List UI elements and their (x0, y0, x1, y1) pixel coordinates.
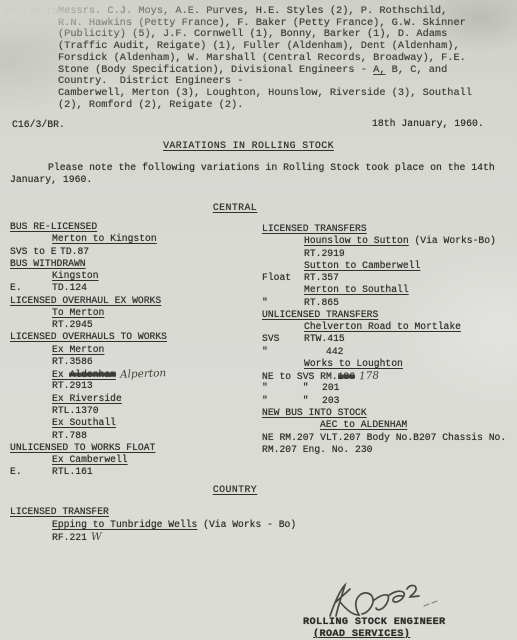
fleet-number: TD.124 (52, 282, 87, 293)
stock-entry-row: RM.207 Eng. No. 230 (262, 444, 517, 456)
fleet-number: RT.357 (304, 272, 339, 283)
heading-text: Works to Loughton (304, 358, 403, 369)
category-heading-row: UNLICENSED TRANSFERS (262, 309, 517, 321)
crossed-out-text: 186 (338, 371, 355, 382)
central-right-column: LICENSED TRANSFERSHounslow to Sutton (Vi… (262, 223, 517, 456)
heading-text: Ex Southall (52, 417, 116, 428)
entry-text: Ex AldenhamAlperton (52, 368, 166, 380)
fleet-number: RM.207 Eng. No. 230 (262, 444, 372, 455)
central-left-column: BUS RE-LICENSEDMerton to KingstonSVS to … (10, 221, 260, 479)
stock-entry-row: RT.2913 (10, 380, 260, 392)
intro-paragraph-line: January, 1960. (10, 174, 92, 185)
distribution-line: Camberwell, Merton (3), Loughton, Hounsl… (58, 88, 510, 100)
heading-text: UNLICENSED TO WORKS FLOAT (10, 442, 155, 453)
entry-text: 201 (322, 382, 339, 393)
entry-text: Epping to Tunbridge Wells (Via Works - B… (52, 519, 296, 530)
stamp-subtitle: (ROAD SERVICES) (313, 628, 410, 640)
entry-text: RTL.1370 (52, 405, 99, 416)
entry-text: Ex Merton (52, 344, 104, 355)
entry-text: Merton to Kingston (52, 233, 157, 244)
heading-text: LICENSED OVERHAUL EX WORKS (10, 295, 161, 306)
reference-number: C16/3/BR. (12, 119, 65, 130)
stock-entry-row: RT.2919 (262, 248, 517, 260)
entry-prefix: " " (262, 382, 309, 393)
entry-text: BUS RE-LICENSED (10, 221, 97, 232)
entry-text: RT.3586 (52, 356, 93, 367)
route-heading-row: Ex AldenhamAlperton (10, 368, 260, 380)
heading-text: NEW BUS INTO STOCK (262, 407, 367, 418)
route-heading-row: Works to Loughton (262, 358, 517, 370)
fleet-number: RTW.415 (304, 333, 345, 344)
heading-text: BUS WITHDRAWN (10, 258, 86, 269)
document-date: 18th January, 1960. (372, 118, 484, 129)
entry-text: To Merton (52, 307, 104, 318)
entry-text: RT.2919 (304, 248, 345, 259)
stock-entry-row: E.RTL.161 (10, 466, 260, 478)
fleet-number: 442 (326, 346, 343, 357)
stock-entry-row: RT.788 (10, 430, 260, 442)
distribution-line: (2), Romford (2), Reigate (2). (58, 100, 510, 112)
entry-text: LICENSED TRANSFERS (262, 223, 367, 234)
heading-text: Epping to Tunbridge Wells (52, 519, 197, 530)
heading-text: Ex Merton (52, 344, 104, 355)
entry-text: UNLICENSED TO WORKS FLOAT (10, 442, 155, 453)
route-heading-row: Kingston (10, 270, 260, 282)
fleet-number: RT.788 (52, 430, 87, 441)
heading-text: LICENSED TRANSFERS (262, 223, 367, 234)
crossed-out-text: Aldenham (69, 369, 116, 380)
entry-text: NE to SVS RM.186178 (262, 370, 379, 382)
stamp-title: ROLLING STOCK ENGINEER (303, 616, 446, 628)
entry-text: RT.788 (52, 430, 87, 441)
fleet-number: RT.865 (304, 297, 339, 308)
entry-text: Ex Riverside (52, 393, 122, 404)
entry-text: NEW BUS INTO STOCK (262, 407, 367, 418)
heading-text: Ex Camberwell (52, 454, 128, 465)
route-heading-row: Sutton to Camberwell (262, 260, 517, 272)
route-suffix: (Via Works - Bo) (197, 519, 296, 530)
heading-text: Ex (52, 369, 69, 380)
entry-text: Kingston (52, 270, 99, 281)
fleet-number: RT.2945 (52, 319, 93, 330)
stock-entry-row: RF.221W (10, 531, 410, 544)
route-heading-row: Ex Camberwell (10, 454, 260, 466)
entry-prefix: " (262, 297, 268, 308)
entry-prefix: SVS (262, 333, 279, 344)
entry-prefix: E. (10, 282, 22, 293)
fleet-number: RT.2913 (52, 380, 93, 391)
entry-text: RT.865 (304, 297, 339, 308)
entry-text: BUS WITHDRAWN (10, 258, 86, 269)
category-heading-row: UNLICENSED TO WORKS FLOAT (10, 442, 260, 454)
category-heading-row: BUS WITHDRAWN (10, 258, 260, 270)
entry-text: 442 (326, 346, 343, 357)
route-heading-row: Merton to Kingston (10, 233, 260, 245)
entry-text: RT.2913 (52, 380, 93, 391)
entry-prefix: E. (10, 466, 22, 477)
entry-prefix: SVS to E (10, 246, 57, 257)
entry-text: AEC to ALDENHAM (320, 419, 407, 430)
entry-text: Hounslow to Sutton (Via Works-Bo) (304, 235, 496, 246)
heading-text: Chelverton Road to Mortlake (304, 321, 461, 332)
stock-entry-row: SVS to ETD.87 (10, 246, 260, 258)
distribution-line-segment: Stone (Body Specification), Divisional E… (58, 64, 373, 76)
entry-prefix: Float (262, 272, 291, 283)
entry-text: RF.221W (52, 531, 102, 543)
stock-entry-row: " "201 (262, 382, 517, 394)
entry-text: RT.2945 (52, 319, 93, 330)
heading-text: LICENSED TRANSFER (10, 506, 109, 517)
route-heading-row: AEC to ALDENHAM (262, 419, 517, 431)
heading-text: UNLICENSED TRANSFERS (262, 309, 378, 320)
stock-entry-row: RT.3586 (10, 356, 260, 368)
country-column: LICENSED TRANSFEREpping to Tunbridge Wel… (10, 506, 410, 544)
distribution-line-segment: B, C, and (386, 64, 448, 76)
entry-text: Sutton to Camberwell (304, 260, 420, 271)
category-heading-row: BUS RE-LICENSED (10, 221, 260, 233)
entry-text: TD.87 (60, 246, 89, 257)
fleet-number: NE RM.207 VLT.207 Body No.B207 Chassis N… (262, 432, 506, 443)
entry-text: Ex Southall (52, 417, 116, 428)
stock-entry-row: RTL.1370 (10, 405, 260, 417)
fleet-number: 203 (322, 395, 339, 406)
country-section-heading: COUNTRY (213, 484, 257, 495)
intro-paragraph-line: Please note the following variations in … (48, 162, 495, 173)
fleet-number: RTL.161 (52, 466, 93, 477)
heading-text: To Merton (52, 307, 104, 318)
route-heading-row: Ex Southall (10, 417, 260, 429)
entry-text: Works to Loughton (304, 358, 403, 369)
scanned-memo-page: Copies to:- Messrs. C.J. Moys, A.E. Purv… (0, 0, 517, 640)
central-section-heading: CENTRAL (213, 202, 257, 213)
entry-text: NE RM.207 VLT.207 Body No.B207 Chassis N… (262, 432, 506, 443)
stock-entry-row: RT.2945 (10, 319, 260, 331)
stock-entry-row: NE to SVS RM.186178 (262, 370, 517, 382)
entry-prefix: " (262, 346, 268, 357)
route-heading-row: Ex Merton (10, 344, 260, 356)
route-heading-row: Epping to Tunbridge Wells (Via Works - B… (10, 519, 410, 532)
fleet-number: RT.3586 (52, 356, 93, 367)
stock-entry-row: SVSRTW.415 (262, 333, 517, 345)
category-heading-row: LICENSED TRANSFER (10, 506, 410, 519)
category-heading-row: LICENSED TRANSFERS (262, 223, 517, 235)
entry-text: LICENSED TRANSFER (10, 506, 109, 517)
handwritten-correction: W (91, 531, 102, 543)
fleet-number: RT.2919 (304, 248, 345, 259)
category-heading-row: NEW BUS INTO STOCK (262, 407, 517, 419)
stock-entry-row: E.TD.124 (10, 282, 260, 294)
stock-entry-row: " "203 (262, 395, 517, 407)
entry-text: Merton to Southall (304, 284, 409, 295)
stock-entry-row: "442 (262, 346, 517, 358)
heading-text: Hounslow to Sutton (304, 235, 409, 246)
fleet-number: RF.221 (52, 532, 87, 543)
entry-text: RT.357 (304, 272, 339, 283)
fleet-number: RTL.1370 (52, 405, 99, 416)
route-heading-row: Hounslow to Sutton (Via Works-Bo) (262, 235, 517, 247)
entry-prefix: " " (262, 395, 309, 406)
entry-text: RTL.161 (52, 466, 93, 477)
entry-text: RTW.415 (304, 333, 345, 344)
route-heading-row: Chelverton Road to Mortlake (262, 321, 517, 333)
heading-text: Ex Riverside (52, 393, 122, 404)
stock-entry-row: FloatRT.357 (262, 272, 517, 284)
distribution-line: Messrs. C.J. Moys, A.E. Purves, H.E. Sty… (58, 6, 510, 18)
heading-text: Merton to Southall (304, 284, 409, 295)
route-suffix: (Via Works-Bo) (409, 235, 496, 246)
heading-text: BUS RE-LICENSED (10, 221, 97, 232)
page-title: VARIATIONS IN ROLLING STOCK (163, 140, 334, 151)
fleet-number: 201 (322, 382, 339, 393)
entry-text: Chelverton Road to Mortlake (304, 321, 461, 332)
category-heading-row: LICENSED OVERHAUL EX WORKS (10, 295, 260, 307)
route-heading-row: Ex Riverside (10, 393, 260, 405)
entry-text: LICENSED OVERHAUL EX WORKS (10, 295, 161, 306)
handwritten-correction: 178 (359, 370, 379, 383)
fleet-number: NE to SVS RM. (262, 371, 338, 382)
heading-text: Merton to Kingston (52, 233, 157, 244)
route-heading-row: Merton to Southall (262, 284, 517, 296)
heading-text: Kingston (52, 270, 99, 281)
handwritten-correction: Alperton (120, 367, 167, 381)
stock-entry-row: NE RM.207 VLT.207 Body No.B207 Chassis N… (262, 432, 517, 444)
entry-text: TD.124 (52, 282, 87, 293)
fleet-number: TD.87 (60, 246, 89, 257)
heading-text: Sutton to Camberwell (304, 260, 420, 271)
entry-text: LICENSED OVERHAULS TO WORKS (10, 331, 167, 342)
entry-text: Ex Camberwell (52, 454, 128, 465)
heading-text: LICENSED OVERHAULS TO WORKS (10, 331, 167, 342)
category-heading-row: LICENSED OVERHAULS TO WORKS (10, 331, 260, 343)
route-heading-row: To Merton (10, 307, 260, 319)
entry-text: 203 (322, 395, 339, 406)
entry-text: RM.207 Eng. No. 230 (262, 444, 372, 455)
heading-text: AEC to ALDENHAM (320, 419, 407, 430)
stock-entry-row: "RT.865 (262, 297, 517, 309)
divisional-engineer-a-underlined: A, (373, 64, 385, 76)
entry-text: UNLICENSED TRANSFERS (262, 309, 378, 320)
distribution-list: Messrs. C.J. Moys, A.E. Purves, H.E. Sty… (58, 6, 510, 111)
